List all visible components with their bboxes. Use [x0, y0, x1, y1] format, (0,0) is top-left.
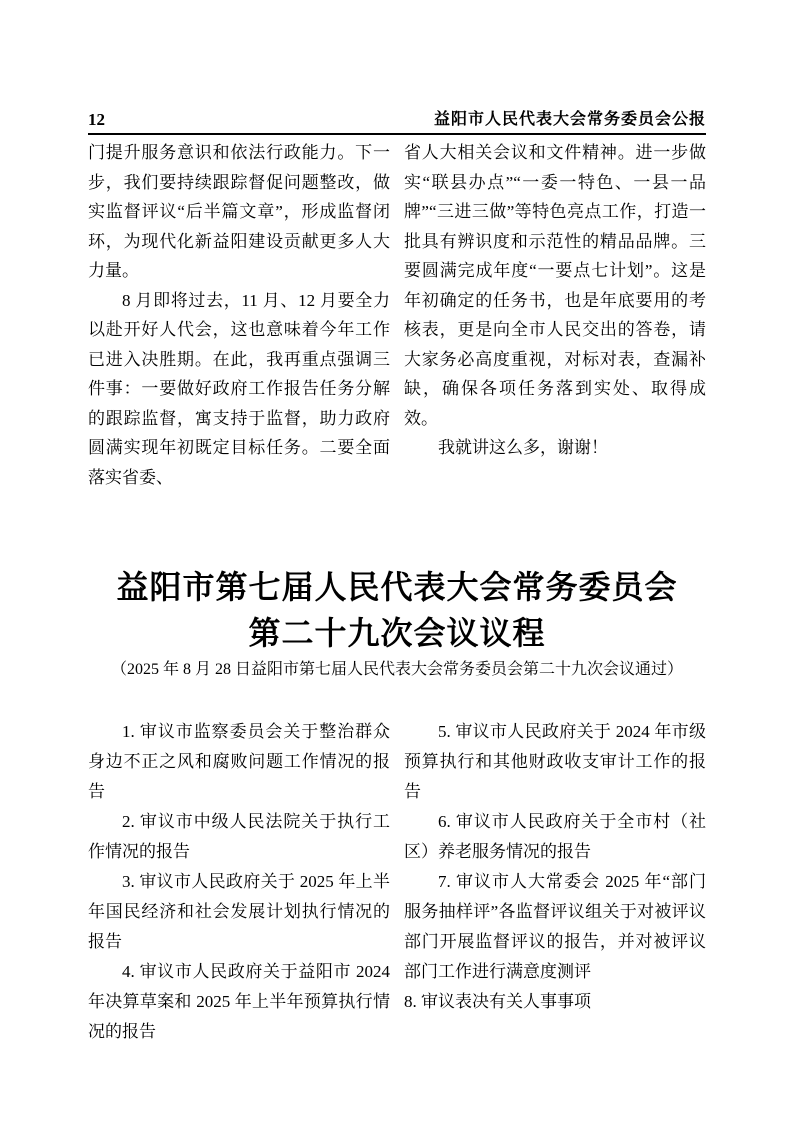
speech-paragraph-right-continuation: 省人大相关会议和文件精神。进一步做实“联县办点”“一委一特色、一县一品牌”“三进… — [404, 138, 706, 433]
page-number: 12 — [88, 110, 105, 129]
agenda-item-8: 8. 审议表决有关人事事项 — [404, 987, 706, 1017]
speech-left-column: 门提升服务意识和依法行政能力。下一步，我们要持续跟踪督促问题整改，做实监督评议“… — [88, 138, 390, 492]
agenda-item-6: 6. 审议市人民政府关于全市村（社区）养老服务情况的报告 — [404, 807, 706, 867]
agenda-item-4: 4. 审议市人民政府关于益阳市 2024 年决算草案和 2025 年上半年预算执… — [88, 957, 390, 1047]
agenda-title-line-1: 益阳市第七届人民代表大会常务委员会 — [88, 564, 706, 610]
agenda-item-1: 1. 审议市监察委员会关于整治群众身边不正之风和腐败问题工作情况的报告 — [88, 717, 390, 807]
speech-paragraph-continuation: 门提升服务意识和依法行政能力。下一步，我们要持续跟踪督促问题整改，做实监督评议“… — [88, 138, 390, 286]
document-page: 12 益阳市人民代表大会常务委员会公报 门提升服务意识和依法行政能力。下一步，我… — [0, 0, 794, 1122]
speech-continuation-section: 门提升服务意识和依法行政能力。下一步，我们要持续跟踪督促问题整改，做实监督评议“… — [88, 138, 706, 492]
agenda-item-2: 2. 审议市中级人民法院关于执行工作情况的报告 — [88, 807, 390, 867]
speech-right-column: 省人大相关会议和文件精神。进一步做实“联县办点”“一委一特色、一县一品牌”“三进… — [404, 138, 706, 492]
agenda-item-5: 5. 审议市人民政府关于 2024 年市级预算执行和其他财政收支审计工作的报告 — [404, 717, 706, 807]
agenda-left-column: 1. 审议市监察委员会关于整治群众身边不正之风和腐败问题工作情况的报告 2. 审… — [88, 717, 390, 1047]
agenda-title: 益阳市第七届人民代表大会常务委员会 第二十九次会议议程 — [88, 564, 706, 656]
agenda-item-7: 7. 审议市人大常委会 2025 年“部门服务抽样评”各监督评议组关于对被评议部… — [404, 867, 706, 987]
page-header: 12 益阳市人民代表大会常务委员会公报 — [88, 110, 706, 135]
speech-paragraph-new: 8 月即将过去，11 月、12 月要全力以赴开好人代会，这也意味着今年工作已进入… — [88, 286, 390, 493]
agenda-right-column: 5. 审议市人民政府关于 2024 年市级预算执行和其他财政收支审计工作的报告 … — [404, 717, 706, 1047]
agenda-items-section: 1. 审议市监察委员会关于整治群众身边不正之风和腐败问题工作情况的报告 2. 审… — [88, 717, 706, 1047]
agenda-subtitle: （2025 年 8 月 28 日益阳市第七届人民代表大会常务委员会第二十九次会议… — [88, 659, 706, 681]
agenda-title-line-2: 第二十九次会议议程 — [88, 610, 706, 656]
agenda-item-3: 3. 审议市人民政府关于 2025 年上半年国民经济和社会发展计划执行情况的报告 — [88, 867, 390, 957]
publication-title: 益阳市人民代表大会常务委员会公报 — [434, 110, 706, 129]
speech-closing-line: 我就讲这么多，谢谢！ — [404, 433, 706, 463]
